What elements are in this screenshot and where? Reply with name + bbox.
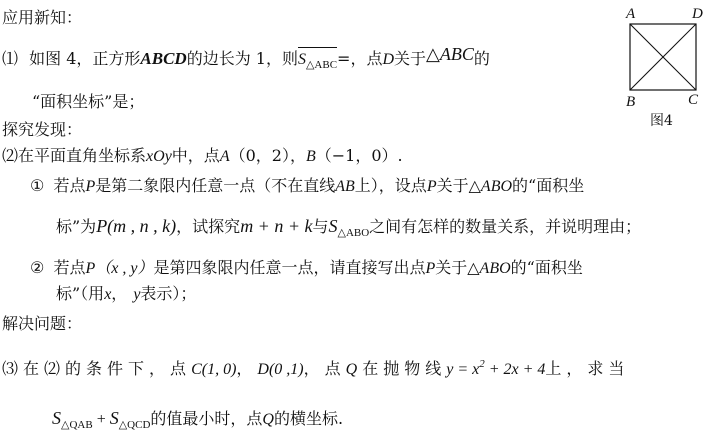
- vertex-label-d: D: [692, 6, 703, 23]
- triangle-abo: △ABO: [467, 260, 510, 277]
- question-3-number: ⑶: [2, 359, 23, 378]
- sub-question-1-number: ①: [30, 176, 44, 195]
- question-2-number: ⑵: [2, 146, 18, 165]
- coordinate-system-name: xOy: [146, 148, 172, 165]
- area-coordinate-p: P(m , n , k): [96, 216, 176, 236]
- question-1-line-2: “面积坐标”是；: [32, 92, 144, 112]
- section-heading-apply: 应用新知：: [2, 8, 82, 28]
- question-2-1-line-2: 标”为P(m , n , k)，试探究m + n + k与S△ABO之间有怎样的…: [56, 216, 641, 243]
- area-abc-expression: S△ABC: [298, 47, 337, 68]
- question-1-number: ⑴: [2, 49, 18, 68]
- point-c-coordinates: C(1, 0): [191, 361, 236, 378]
- question-2-2-line-1: ② 若点P（x , y）是第四象限内任意一点，请直接写出点P关于△ABO的“面积…: [30, 258, 583, 279]
- square-name: ABCD: [140, 49, 186, 68]
- vertex-label-c: C: [688, 92, 698, 109]
- figure-caption: 图4: [650, 110, 673, 130]
- figure-4-square-diagram: A D B C 图4: [618, 4, 718, 130]
- question-2-2-line-2: 标”（用x，y表示）；: [56, 284, 196, 305]
- point-p-xy: P（x , y）: [85, 260, 153, 277]
- parabola-equation: y = x2 + 2x + 4: [446, 361, 545, 378]
- question-3-line-1: ⑶在⑵的条件下，点C(1, 0)，D(0 ,1)，点Q在抛物线y = x2 + …: [2, 354, 629, 380]
- triangle-abc: △ABC: [426, 44, 474, 64]
- point-b-coordinates: （−1，0）.: [316, 146, 403, 165]
- question-1-line-1: ⑴ 如图 4，正方形ABCD的边长为 1，则S△ABC=，点D关于△ABC的: [2, 48, 490, 75]
- point-d-coordinates: D(0 ,1): [257, 361, 303, 378]
- section-heading-explore: 探究发现：: [2, 120, 82, 140]
- question-3-line-2: S△QAB + S△QCD的值最小时，点Q的横坐标.: [52, 408, 343, 435]
- section-heading-solve: 解决问题：: [2, 314, 82, 334]
- vertex-label-b: B: [626, 94, 635, 111]
- sum-expression: m + n + k: [240, 216, 312, 236]
- question-2-line: ⑵在平面直角坐标系xOy中，点A（0，2），B（−1，0）.: [2, 146, 403, 167]
- triangle-abo: △ABO: [469, 178, 512, 195]
- sub-question-2-number: ②: [30, 258, 44, 277]
- vertex-label-a: A: [626, 6, 635, 23]
- question-2-1-line-1: ① 若点P是第二象限内任意一点（不在直线AB上），设点P关于△ABO的“面积坐: [30, 176, 584, 197]
- point-a-coordinates: （0，2），: [230, 146, 306, 165]
